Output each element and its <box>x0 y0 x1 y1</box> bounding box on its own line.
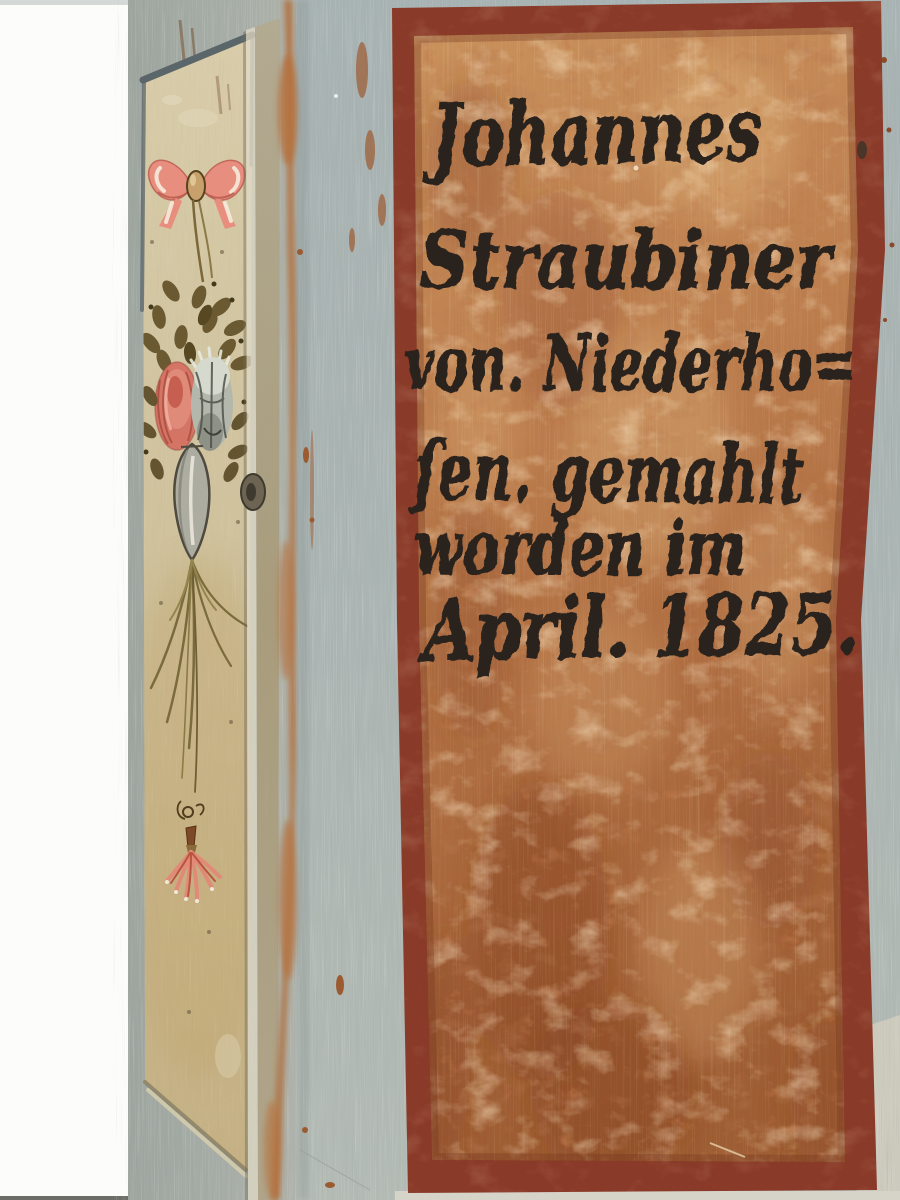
painted-wardrobe-scene: Johannes Straubiner von. Niederho= ſen. … <box>0 0 900 1200</box>
edge-tan-strip <box>255 18 280 1200</box>
bud-highlight <box>190 174 196 186</box>
bud-knot <box>187 171 205 201</box>
corner-edge <box>241 0 309 1200</box>
bottom-edge-sliver <box>0 1196 128 1200</box>
vase-rim <box>181 446 203 447</box>
inscription-line-6: April. 1825. <box>417 573 860 680</box>
wood-knot-center <box>246 483 256 501</box>
dust-speck <box>334 94 338 98</box>
inscription-line-3: von. Niederho= <box>404 319 856 408</box>
inscription-panel: Johannes Straubiner von. Niederho= ſen. … <box>390 0 888 1200</box>
inscription-line-1: Johannes <box>420 79 762 187</box>
corner-shadow-band <box>296 0 309 1200</box>
top-edge-sliver <box>0 0 128 5</box>
inscription-line-2: Straubiner <box>420 213 836 307</box>
frame-worm-hole <box>857 141 867 159</box>
antique-wardrobe-photo: Johannes Straubiner von. Niederho= ſen. … <box>0 0 900 1200</box>
